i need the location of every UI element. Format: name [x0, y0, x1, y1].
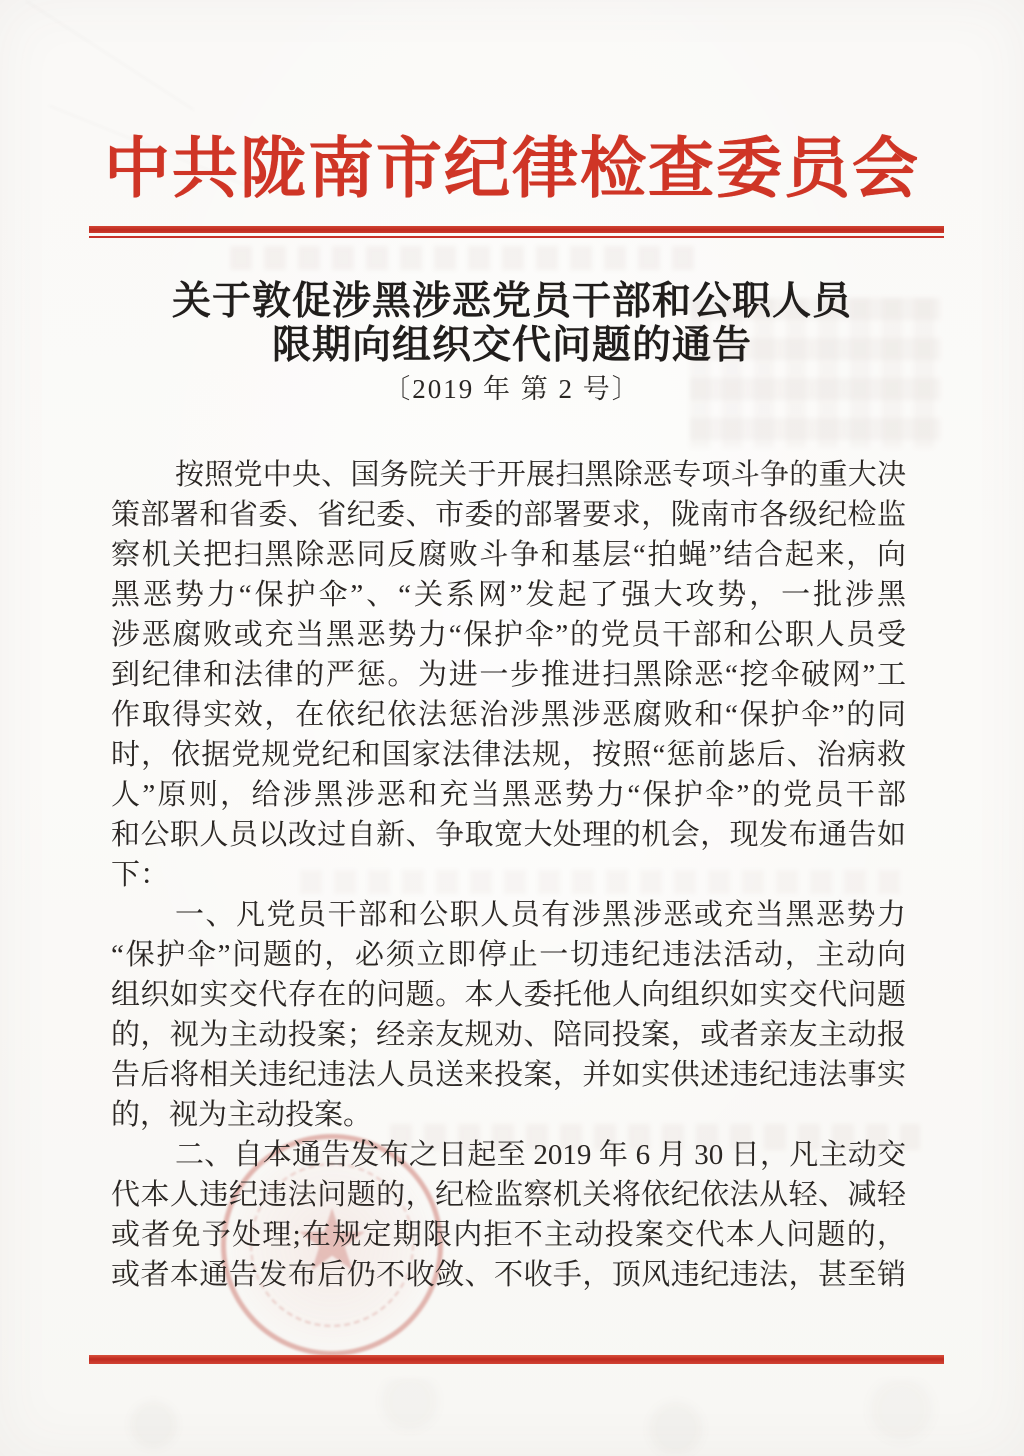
bleed-through-ghost	[230, 246, 700, 270]
body-line: 人”原则，给涉黑涉恶和充当黑恶势力“保护伞”的党员干部	[111, 775, 906, 815]
body-line: 黑恶势力“保护伞”、“关系网”发起了强大攻势，一批涉黑	[111, 575, 906, 615]
body-line: 涉恶腐败或充当黑恶势力“保护伞”的党员干部和公职人员受	[111, 615, 906, 655]
paragraph: 一、凡党员干部和公职人员有涉黑涉恶或充当黑恶势力“保护伞”问题的，必须立即停止一…	[111, 895, 906, 1135]
scan-crease	[26, 1, 194, 111]
body-line: 察机关把扫黑除恶同反腐败斗争和基层“拍蝇”结合起来，向	[111, 535, 906, 575]
body-line: “保护伞”问题的，必须立即停止一切违纪违法活动，主动向	[111, 935, 906, 975]
body-line: 到纪律和法律的严惩。为进一步推进扫黑除恶“挖伞破网”工	[111, 655, 906, 695]
body-line: 时，依据党规党纪和国家法律法规，按照“惩前毖后、治病救	[111, 735, 906, 775]
body-line: 和公职人员以改过自新、争取宽大处理的机会，现发布通告如	[111, 815, 906, 855]
issue-number: 〔2019 年 第 2 号〕	[0, 372, 1024, 406]
issuing-organization-title: 中共陇南市纪律检查委员会	[0, 128, 1024, 212]
paragraph: 二、自本通告发布之日起至 2019 年 6 月 30 日，凡主动交代本人违纪违法…	[111, 1135, 906, 1295]
body-line: 或者本通告发布后仍不收敛、不收手，顶风违纪违法，甚至销	[111, 1255, 906, 1295]
body-line: 代本人违纪违法问题的，纪检监察机关将依纪依法从轻、减轻	[111, 1175, 906, 1215]
body-line: 策部署和省委、省纪委、市委的部署要求，陇南市各级纪检监	[111, 495, 906, 535]
bleed-through-ghost	[0, 1378, 1024, 1456]
header-divider-thick-line	[89, 226, 944, 233]
document-title-line1: 关于敦促涉黑涉恶党员干部和公职人员	[0, 280, 1024, 324]
scanned-document-page: 中共陇南市纪律检查委员会 关于敦促涉黑涉恶党员干部和公职人员 限期向组织交代问题…	[0, 0, 1024, 1456]
body-line: 下：	[111, 855, 906, 895]
body-line: 或者免予处理;在规定期限内拒不主动投案交代本人问题的，	[111, 1215, 906, 1255]
document-title-line2: 限期向组织交代问题的通告	[0, 324, 1024, 368]
document-title: 关于敦促涉黑涉恶党员干部和公职人员 限期向组织交代问题的通告	[0, 280, 1024, 368]
paragraph: 按照党中央、国务院关于开展扫黑除恶专项斗争的重大决策部署和省委、省纪委、市委的部…	[111, 455, 906, 895]
body-text: 按照党中央、国务院关于开展扫黑除恶专项斗争的重大决策部署和省委、省纪委、市委的部…	[111, 455, 906, 1295]
body-line: 告后将相关违纪违法人员送来投案，并如实供述违纪违法事实	[111, 1055, 906, 1095]
header-divider-thin-line	[89, 236, 944, 238]
footer-divider-line	[89, 1355, 944, 1364]
body-line: 组织如实交代存在的问题。本人委托他人向组织如实交代问题	[111, 975, 906, 1015]
body-line: 一、凡党员干部和公职人员有涉黑涉恶或充当黑恶势力	[111, 895, 906, 935]
body-line: 的，视为主动投案。	[111, 1095, 906, 1135]
body-line: 作取得实效，在依纪依法惩治涉黑涉恶腐败和“保护伞”的同	[111, 695, 906, 735]
body-line: 二、自本通告发布之日起至 2019 年 6 月 30 日，凡主动交	[111, 1135, 906, 1175]
body-line: 的，视为主动投案；经亲友规劝、陪同投案，或者亲友主动报	[111, 1015, 906, 1055]
body-line: 按照党中央、国务院关于开展扫黑除恶专项斗争的重大决	[111, 455, 906, 495]
